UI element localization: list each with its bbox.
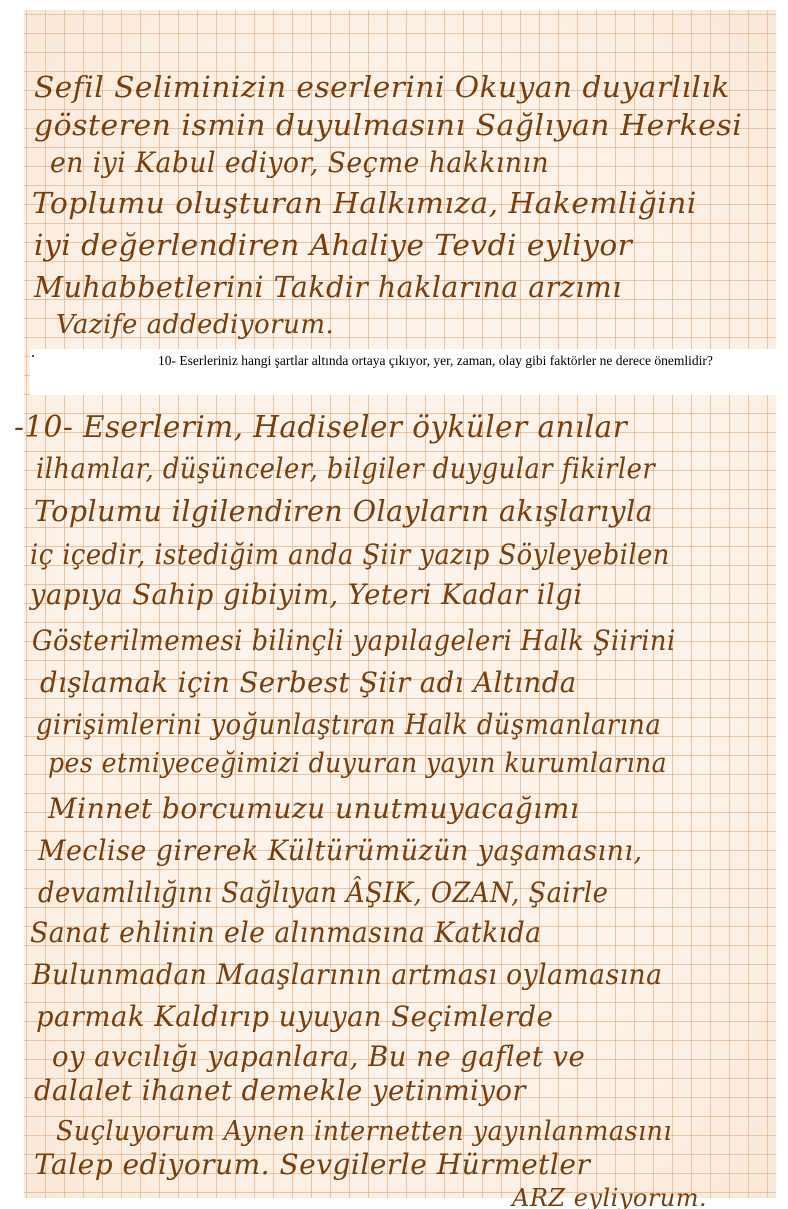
- handwritten-line: dalalet ihanet demekle yetinmiyor: [34, 1074, 526, 1107]
- handwritten-line: Suçluyorum Aynen internetten yayınlanmas…: [56, 1116, 672, 1147]
- handwritten-line: Muhabbetlerini Takdir haklarına arzımı: [34, 270, 622, 304]
- handwritten-line: Sanat ehlinin ele alınmasına Katkıda: [30, 916, 542, 949]
- handwritten-line: Gösterilmemesi bilinçli yapılageleri Hal…: [32, 624, 676, 657]
- interview-question: 10- Eserleriniz hangi şartlar altında or…: [158, 352, 778, 369]
- handwritten-line: Toplumu ilgilendiren Olayların akışlarıy…: [34, 494, 653, 528]
- handwritten-line: devamlılığını Sağlıyan ÂŞIK, OZAN, Şairl…: [38, 876, 608, 909]
- handwritten-line: gösteren ismin duyulmasını Sağlıyan Herk…: [34, 108, 742, 142]
- scan-speck: [32, 355, 34, 357]
- handwritten-signoff: ARZ eyliyorum.: [512, 1184, 707, 1209]
- handwritten-line: iyi değerlendiren Ahaliye Tevdi eyliyor: [34, 228, 632, 262]
- handwritten-line: parmak Kaldırıp uyuyan Seçimlerde: [36, 1000, 553, 1033]
- handwritten-line: -10- Eserlerim, Hadiseler öyküler anılar: [14, 410, 627, 445]
- handwritten-line: girişimlerini yoğunlaştıran Halk düşmanl…: [36, 708, 661, 741]
- handwritten-line: Talep ediyorum. Sevgilerle Hürmetler: [34, 1148, 590, 1181]
- handwritten-line: Minnet borcumuzu unutmuyacağımı: [48, 792, 579, 825]
- handwritten-line: pes etmiyeceğimizi duyuran yayın kurumla…: [48, 748, 667, 779]
- handwritten-line: Toplumu oluşturan Halkımıza, Hakemliğini: [32, 186, 697, 220]
- handwritten-line: Bulunmadan Maaşlarının artması oylamasın…: [32, 958, 663, 991]
- handwritten-line: en iyi Kabul ediyor, Seçme hakkının: [50, 146, 549, 179]
- handwritten-line: Vazife addediyorum.: [56, 310, 334, 340]
- handwritten-line: yapıya Sahip gibiyim, Yeteri Kadar ilgi: [30, 578, 583, 611]
- handwritten-line: Meclise girerek Kültürümüzün yaşamasını,: [38, 834, 642, 867]
- handwritten-line: iç içedir, istediğim anda Şiir yazıp Söy…: [30, 538, 670, 571]
- handwritten-line: Sefil Seliminizin eserlerini Okuyan duya…: [34, 70, 730, 104]
- handwritten-line: oy avcılığı yapanlara, Bu ne gaflet ve: [52, 1040, 585, 1073]
- handwritten-line: ilhamlar, düşünceler, bilgiler duygular …: [36, 452, 655, 485]
- handwritten-line: dışlamak için Serbest Şiir adı Altında: [40, 666, 577, 699]
